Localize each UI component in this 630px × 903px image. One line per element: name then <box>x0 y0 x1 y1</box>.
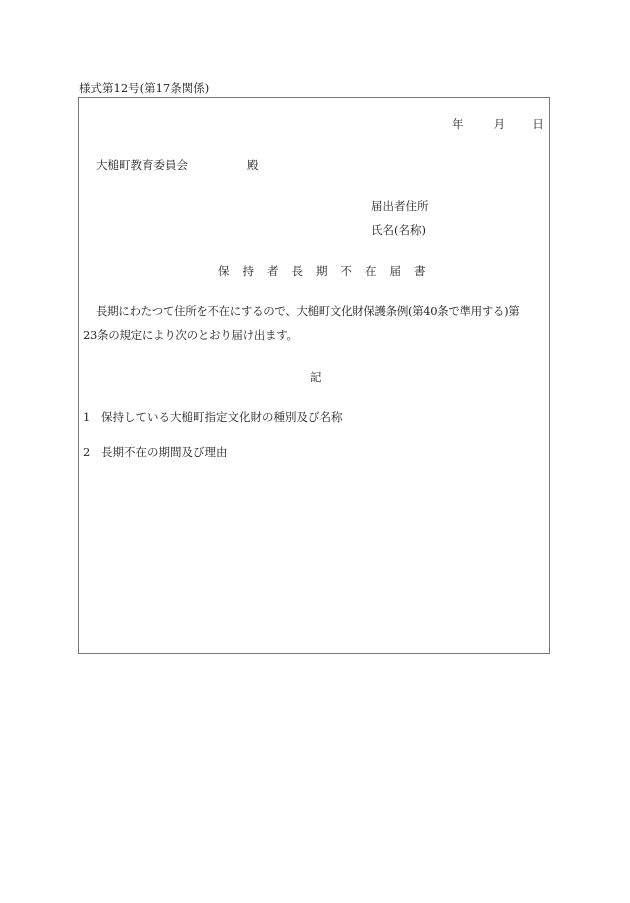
day-label: 日 <box>532 116 544 132</box>
applicant-name-label: 氏名(名称) <box>371 222 426 238</box>
body-line-1: 長期にわたつて住所を不在にするので、大槌町文化財保護条例(第40条で準用する)第 <box>96 303 519 319</box>
ki-heading: 記 <box>310 369 322 385</box>
item-text: 長期不在の期間及び理由 <box>101 445 228 459</box>
year-label: 年 <box>452 116 490 132</box>
item-number: 2 <box>83 445 101 459</box>
addressee-name: 大槌町教育委員会 <box>96 157 188 173</box>
item-2: 2長期不在の期間及び理由 <box>83 444 228 460</box>
month-label: 月 <box>494 116 529 132</box>
body-line-2: 23条の規定により次のとおり届け出ます。 <box>83 327 298 343</box>
document-title: 保持者長期不在届書 <box>218 263 439 279</box>
item-1: 1保持している大槌町指定文化財の種別及び名称 <box>83 409 343 425</box>
date-line: 年 月 日 <box>452 116 544 132</box>
item-text: 保持している大槌町指定文化財の種別及び名称 <box>101 410 343 424</box>
applicant-address-label: 届出者住所 <box>371 198 429 214</box>
form-label: 様式第12号(第17条関係) <box>79 80 209 96</box>
item-number: 1 <box>83 410 101 424</box>
addressee-honorific: 殿 <box>247 157 259 173</box>
